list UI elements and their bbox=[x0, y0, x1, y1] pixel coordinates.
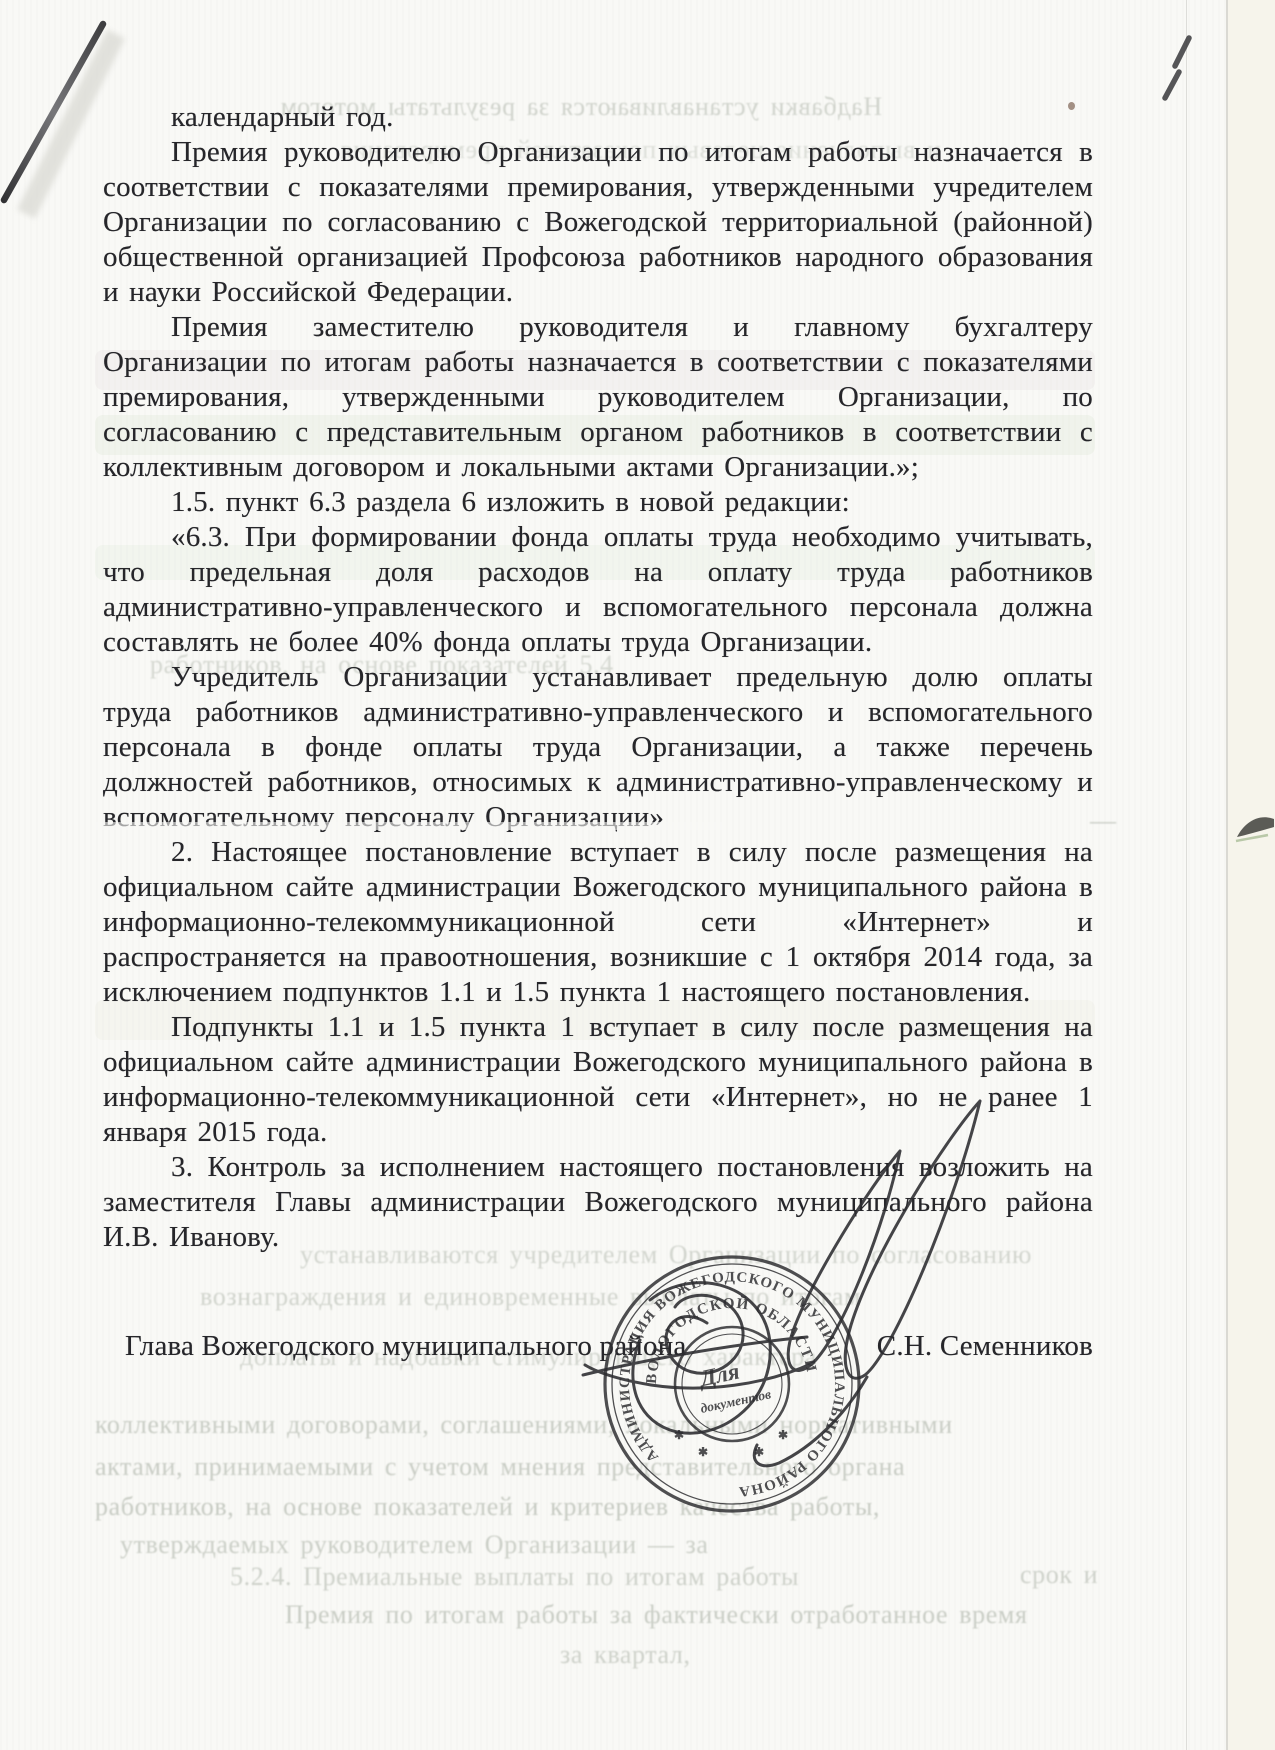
paragraph: Учредитель Организации устанавливает пре… bbox=[103, 660, 1093, 835]
bleedthrough-line: утверждаемых руководителем Организации —… bbox=[120, 1530, 709, 1560]
bleedthrough-line: срок и bbox=[1020, 1560, 1098, 1590]
vertical-fold-line bbox=[1186, 0, 1187, 1750]
scanned-document-page: { "page": { "kind": "scanned resolution … bbox=[0, 0, 1275, 1750]
document-body: календарный год. Премия руководителю Орг… bbox=[103, 100, 1093, 1255]
bleedthrough-line: — bbox=[1090, 806, 1117, 836]
handwritten-signature bbox=[555, 1085, 1025, 1485]
bleedthrough-line: Премия по итогам работы за фактически от… bbox=[285, 1600, 1028, 1630]
paragraph-item-2: 2. Настоящее постановление вступает в си… bbox=[103, 835, 1093, 1010]
paragraph-item-1-5: 1.5. пункт 6.3 раздела 6 изложить в ново… bbox=[103, 485, 1093, 520]
scan-edge-strip bbox=[1228, 0, 1275, 1750]
edge-crescent-mark bbox=[1232, 805, 1275, 860]
corner-fold-artifact bbox=[0, 8, 130, 238]
ink-speck bbox=[1068, 102, 1075, 110]
bleedthrough-line: 5.2.4. Премиальные выплаты по итогам раб… bbox=[230, 1562, 799, 1592]
paragraph: Премия заместителю руководителя и главно… bbox=[103, 310, 1093, 485]
paragraph: Премия руководителю Организации по итога… bbox=[103, 135, 1093, 310]
bleedthrough-line: за квартал, bbox=[560, 1640, 691, 1670]
paragraph-quote-6-3: «6.3. При формировании фонда оплаты труд… bbox=[103, 520, 1093, 660]
paragraph-continuation: календарный год. bbox=[103, 100, 1093, 135]
paper-edge-line bbox=[1226, 0, 1228, 1750]
pen-tick-marks bbox=[1155, 28, 1205, 108]
